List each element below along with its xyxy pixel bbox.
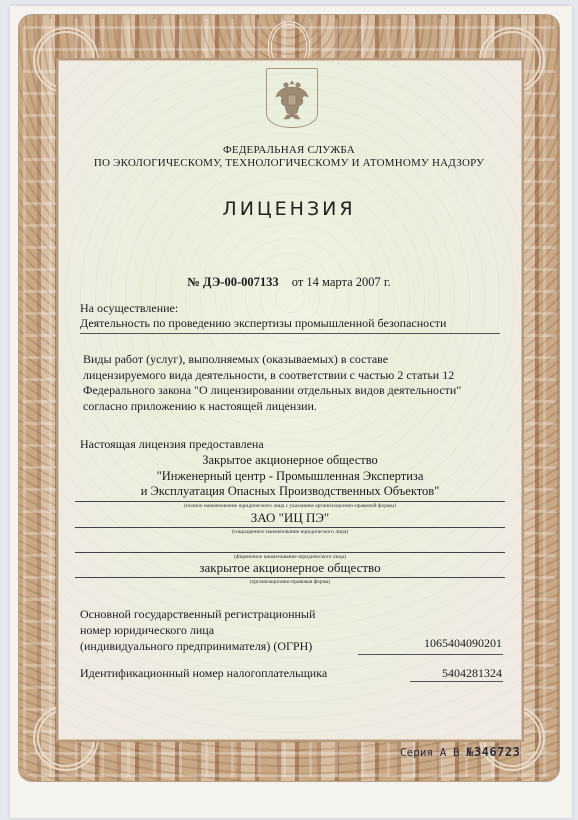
divider — [358, 654, 503, 655]
caption-short-name: (сокращенное наименование юридического л… — [75, 529, 505, 535]
org-full-name-line: "Инженерный центр - Промышленная Эксперт… — [75, 469, 505, 485]
series-number: №346723 — [466, 745, 520, 759]
caption-full-name: (полное наименование юридического лица с… — [75, 503, 505, 509]
ogrn-label-line: номер юридического лица — [80, 622, 315, 638]
works-line: Федерального закона "О лицензировании от… — [83, 383, 503, 399]
divider — [410, 681, 503, 682]
works-line: лицензируемого вида деятельности, в соот… — [83, 368, 503, 384]
org-legal-form: закрытое акционерное общество — [75, 560, 505, 576]
ogrn-value: 1065404090201 — [360, 636, 502, 651]
org-short-name: ЗАО "ИЦ ПЭ" — [75, 510, 505, 526]
activity-value: Деятельность по проведению экспертизы пр… — [80, 316, 500, 334]
org-full-name-line: и Эксплуатация Опасных Производственных … — [75, 484, 505, 500]
license-number-line: № ДЭ-00-007133 от 14 марта 2007 г. — [0, 275, 578, 290]
works-line: Виды работ (услуг), выполняемых (оказыва… — [83, 352, 503, 368]
license-number: № ДЭ-00-007133 — [187, 275, 278, 289]
activity-label: На осуществление: — [80, 301, 178, 316]
ogrn-label-line: Основной государственный регистрационный — [80, 606, 315, 622]
divider — [75, 501, 505, 502]
ogrn-label: Основной государственный регистрационный… — [80, 606, 315, 654]
inn-label: Идентификационный номер налогоплательщик… — [80, 666, 327, 681]
caption-legal-form: (организационно-правовая форма) — [75, 579, 505, 585]
divider — [75, 577, 505, 578]
ogrn-label-line: (индивидуального предпринимателя) (ОГРН) — [80, 638, 315, 654]
org-full-name: Закрытое акционерное общество "Инженерны… — [75, 453, 505, 500]
works-paragraph: Виды работ (услуг), выполняемых (оказыва… — [83, 352, 503, 414]
inn-value: 5404281324 — [400, 666, 502, 681]
org-full-name-line: Закрытое акционерное общество — [75, 453, 505, 469]
russian-coat-of-arms-icon — [266, 68, 318, 128]
agency-name-line-1: ФЕДЕРАЛЬНАЯ СЛУЖБА — [0, 144, 578, 156]
divider — [75, 552, 505, 553]
document-title: ЛИЦЕНЗИЯ — [0, 198, 578, 220]
works-line: согласно приложению к настоящей лицензии… — [83, 399, 503, 415]
agency-name-line-2: ПО ЭКОЛОГИЧЕСКОМУ, ТЕХНОЛОГИЧЕСКОМУ И АТ… — [0, 157, 578, 169]
license-content: ФЕДЕРАЛЬНАЯ СЛУЖБА ПО ЭКОЛОГИЧЕСКОМУ, ТЕ… — [0, 0, 578, 820]
series-label: Серия А В — [400, 746, 460, 759]
license-date: от 14 марта 2007 г. — [292, 275, 391, 289]
serial-number: Серия А В №346723 — [400, 745, 520, 759]
granted-label: Настоящая лицензия предоставлена — [80, 437, 264, 452]
divider — [75, 527, 505, 528]
